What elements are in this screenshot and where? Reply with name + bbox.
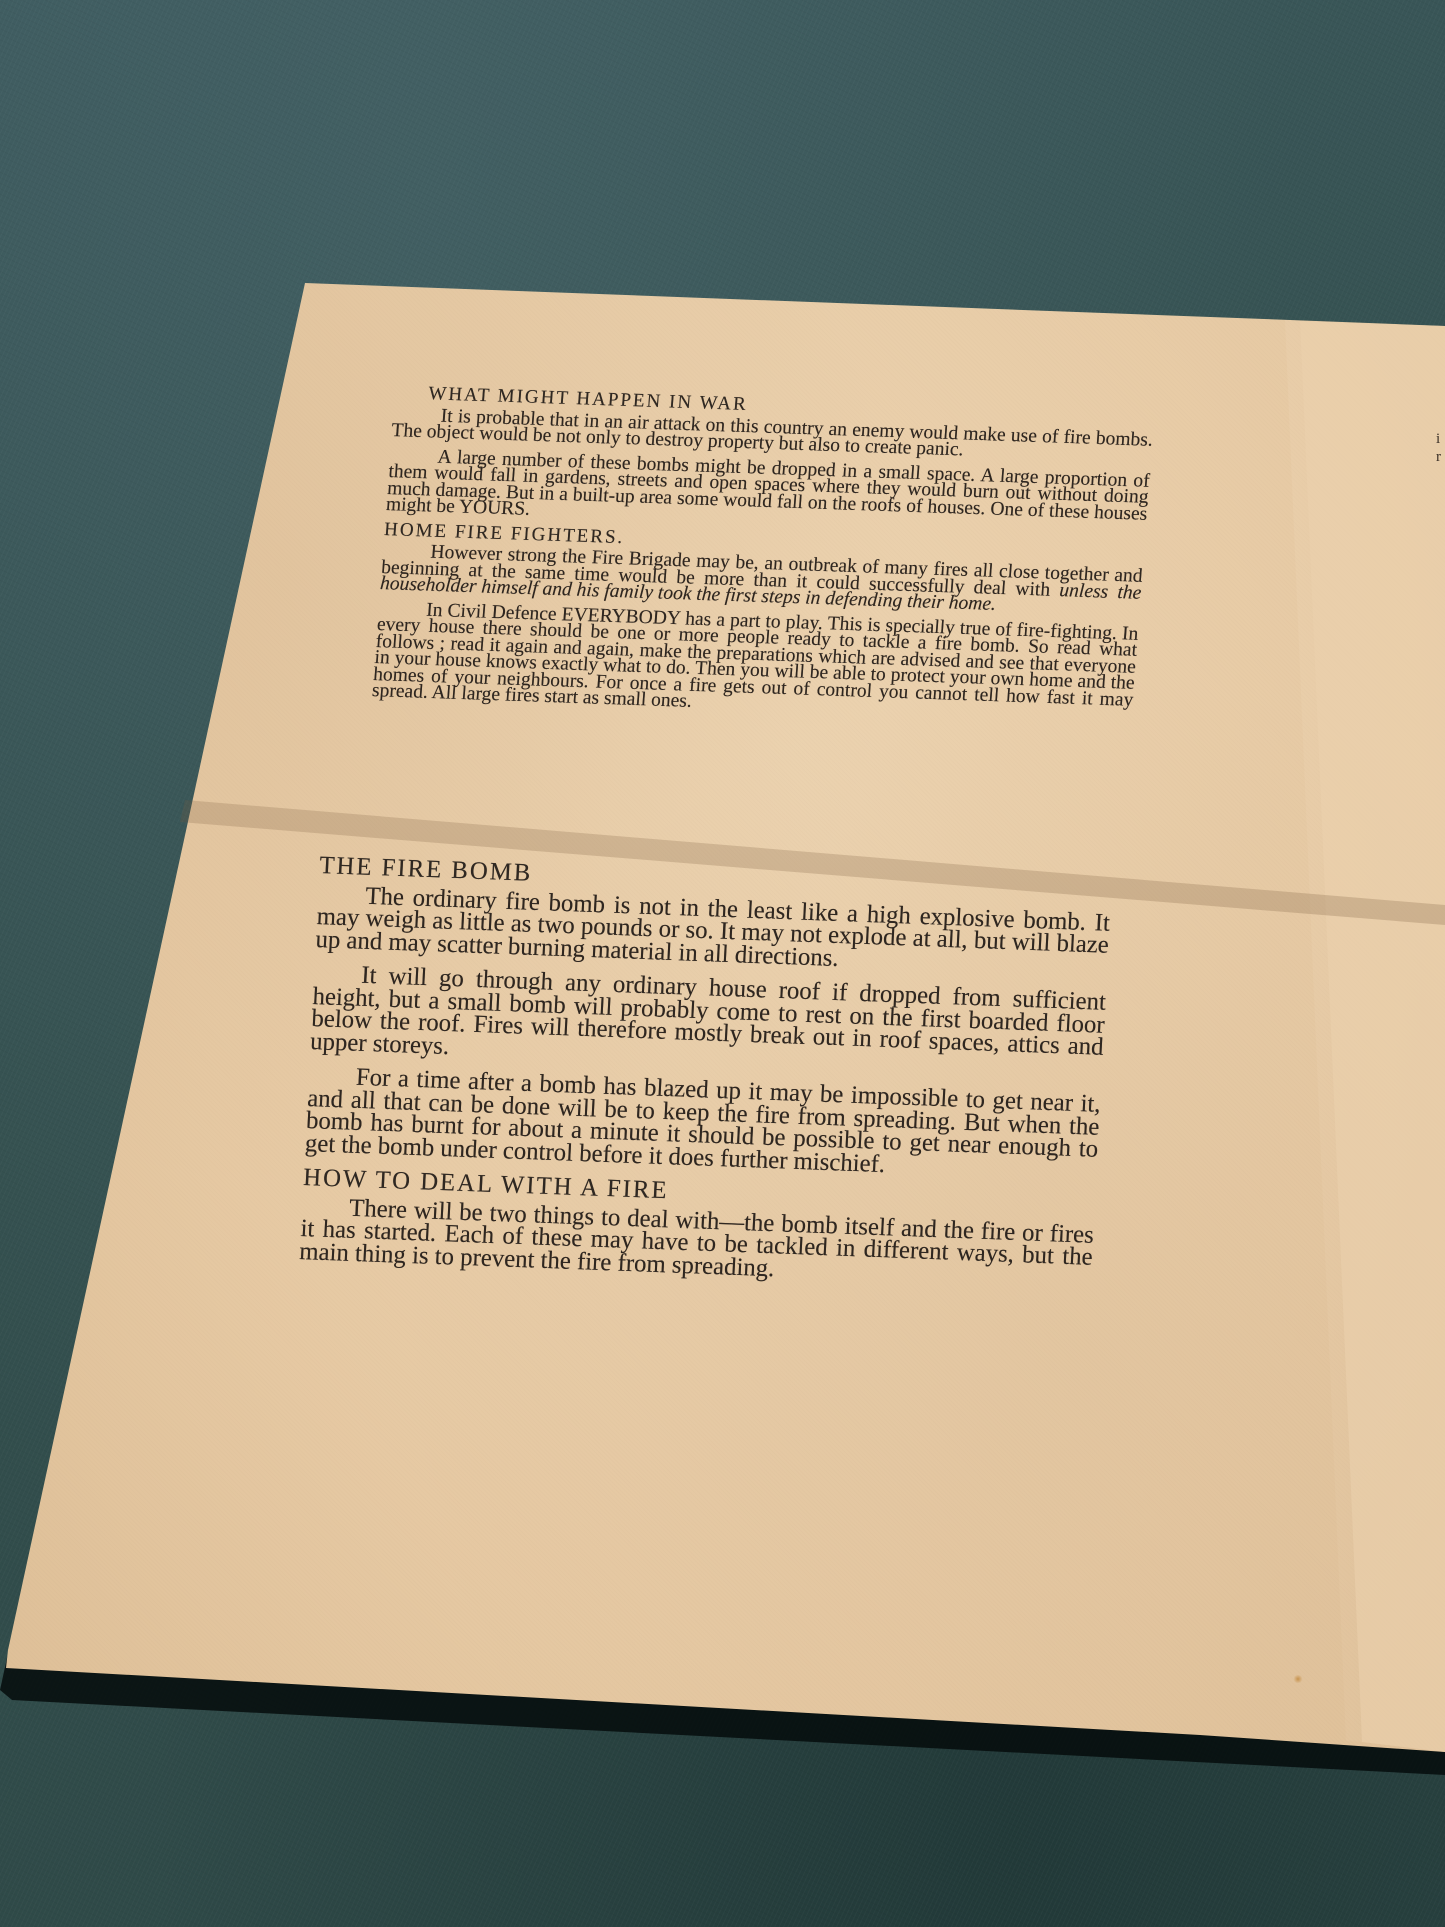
leaflet-upper-half: WHAT MIGHT HAPPEN IN WAR It is probable … <box>371 385 1155 733</box>
section-home-fire-fighters: HOME FIRE FIGHTERS. However strong the F… <box>371 522 1144 726</box>
paragraph: It will go through any ordinary house ro… <box>310 963 1107 1082</box>
section-what-might-happen: WHAT MIGHT HAPPEN IN WAR It is probable … <box>385 385 1155 539</box>
paragraph: In Civil Defence EVERYBODY has a part to… <box>371 601 1138 726</box>
right-page-char: r <box>1436 448 1445 466</box>
section-how-to-deal: HOW TO DEAL WITH A FIRE There will be tw… <box>299 1167 1096 1292</box>
foxing-spot <box>1293 1675 1303 1683</box>
right-page-text-fragment: i r <box>1436 430 1445 470</box>
paragraph: For a time after a bomb has blazed up it… <box>304 1065 1101 1184</box>
leaflet-lower-half: THE FIRE BOMB The ordinary fire bomb is … <box>298 855 1112 1304</box>
right-page-char: i <box>1436 430 1445 448</box>
section-the-fire-bomb: THE FIRE BOMB The ordinary fire bomb is … <box>304 855 1112 1184</box>
